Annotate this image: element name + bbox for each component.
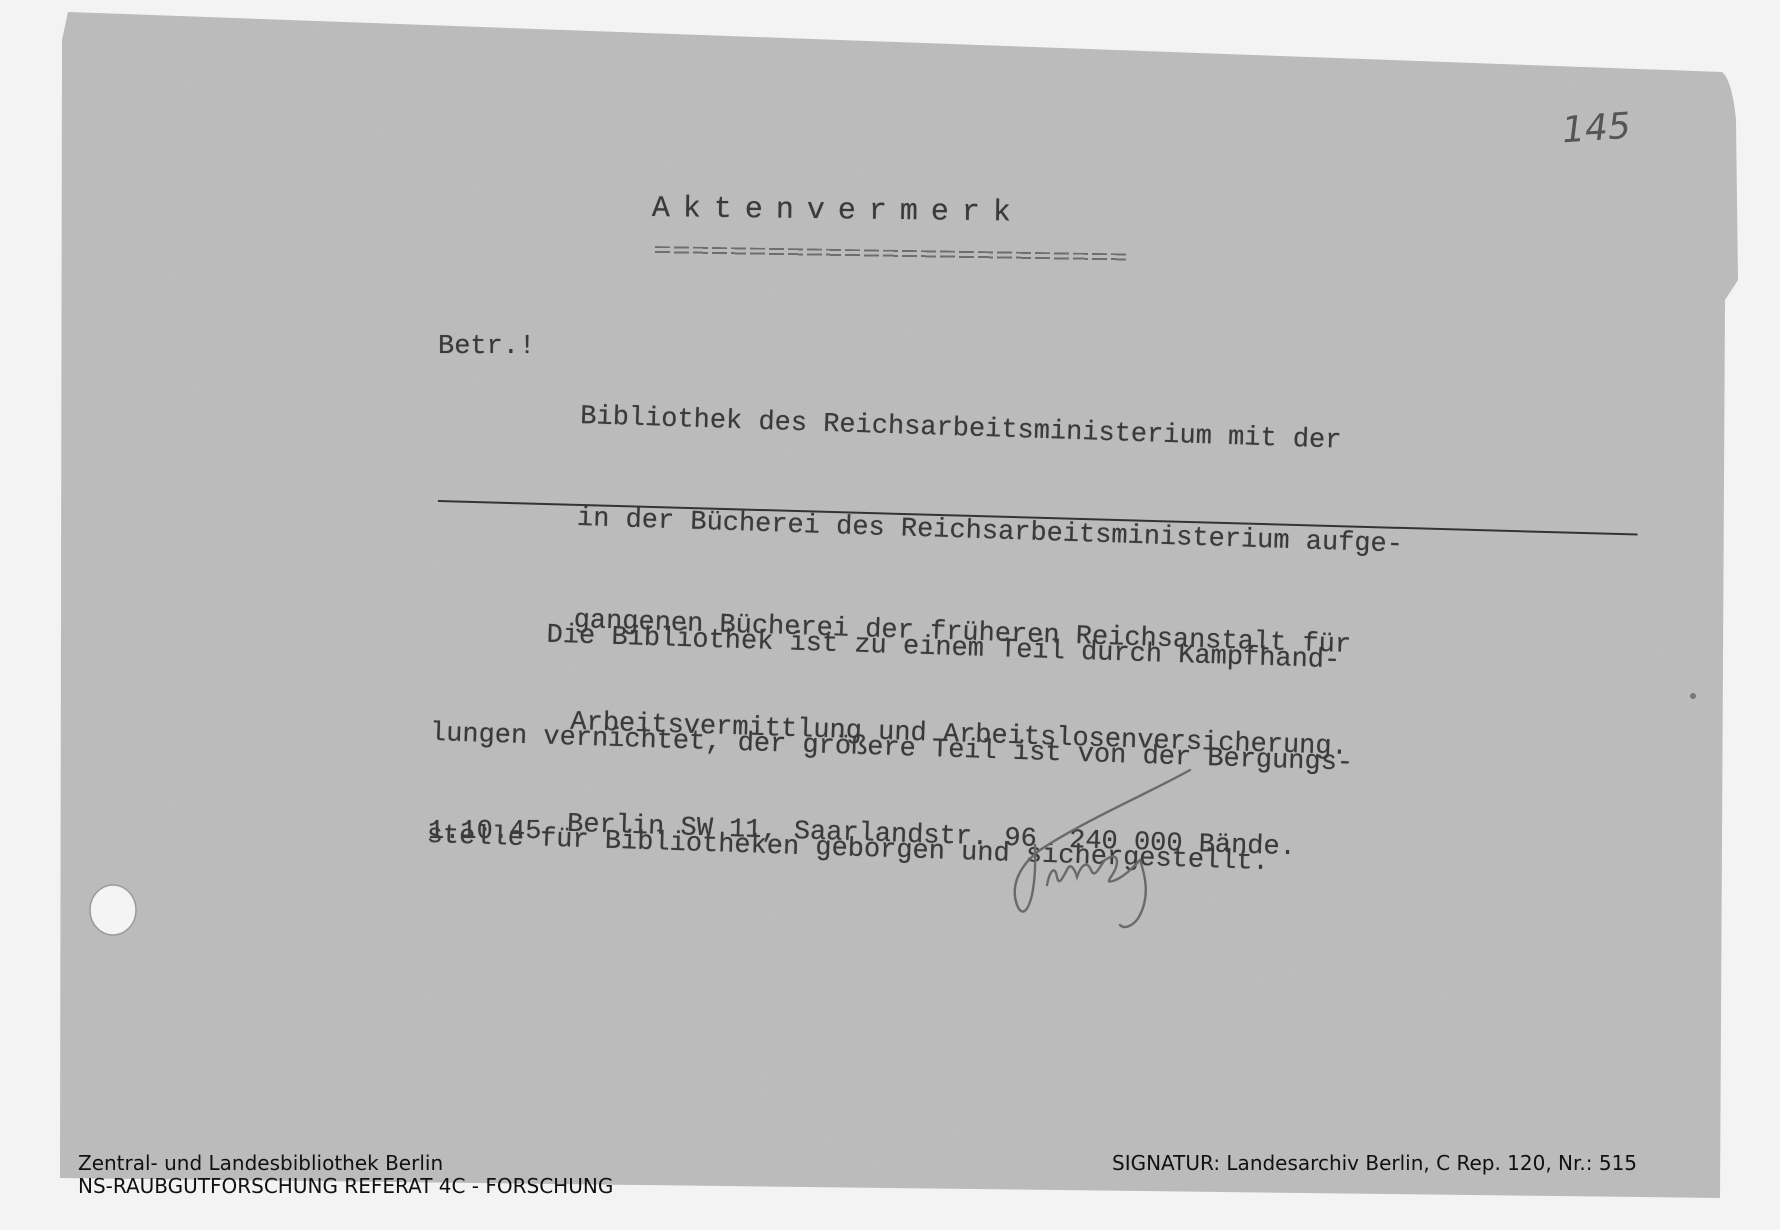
subject-label: Betr.! [438, 332, 535, 362]
subject-line: in der Bücherei des Reichsarbeitsministe… [576, 502, 1403, 563]
footer-signatur: SIGNATUR: Landesarchiv Berlin, C Rep. 12… [1112, 1152, 1637, 1175]
punch-hole [90, 885, 136, 935]
body-line: Die Bibliothek ist zu einem Teil durch K… [433, 615, 1357, 679]
footer-department: NS-RAUBGUTFORSCHUNG REFERAT 4C - FORSCHU… [78, 1175, 613, 1198]
scanned-document: 145 Aktenvermerk Betr.! Bibliothek des R… [0, 0, 1780, 1230]
subject-line: Bibliothek des Reichsarbeitsministerium … [580, 400, 1407, 461]
page-number: 145 [1561, 106, 1632, 152]
footer-left: Zentral- und Landesbibliothek Berlin NS-… [78, 1152, 613, 1198]
document-title: Aktenvermerk [652, 192, 1024, 231]
footer-institution: Zentral- und Landesbibliothek Berlin [78, 1152, 613, 1175]
document-date: 1.10.45 [428, 817, 541, 847]
signature-icon [1005, 765, 1265, 935]
